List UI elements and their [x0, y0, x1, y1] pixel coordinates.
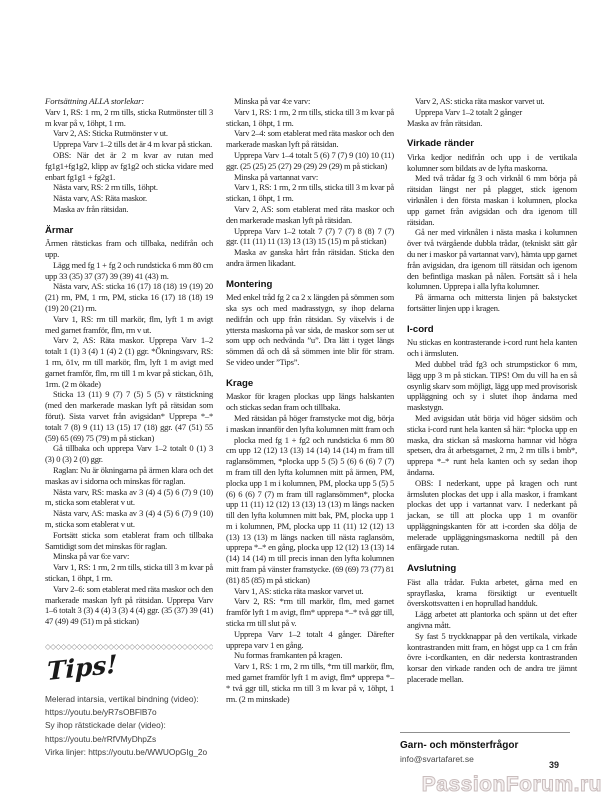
paragraph: Nästa varv, AS: sticka 16 (17) 18 (18) 1…	[45, 281, 213, 313]
paragraph: Nu formas framkanten på kragen.	[226, 650, 394, 661]
tips-line: Virka linjer: https://youtu.be/WWUOpGIg_…	[45, 746, 213, 759]
contact-heading: Garn- och mönsterfrågor	[400, 740, 570, 751]
watermark: PassionForum.ru	[422, 773, 602, 797]
section-heading: Virkade ränder	[407, 138, 577, 149]
paragraph: Varv 2–6: som etablerat med räta maskor …	[45, 584, 213, 627]
paragraph: Nästa varv, AS: Räta maskor.	[45, 193, 213, 204]
section-heading: I-cord	[407, 324, 577, 335]
paragraph: Lägg arbetet att plantorka och spänn ut …	[407, 609, 577, 631]
paragraph: Raglan: Nu är ökningarna på ärmen klara …	[45, 465, 213, 487]
paragraph: Nu stickas en kontrasterande i-cord runt…	[407, 337, 577, 359]
paragraph: På ärmarna och mittersta linjen på bakst…	[407, 292, 577, 314]
paragraph: Varv 2–4: som etablerat med räta maskor …	[226, 128, 394, 150]
paragraph: Upprepa Varv 1–2 totalt 2 gånger	[407, 107, 577, 118]
paragraph: Fortsätt sticka som etablerat fram och t…	[45, 530, 213, 552]
paragraph: Varv 1, RS: rm till markör, flm, lyft 1 …	[45, 314, 213, 336]
paragraph: Varv 2, RS: *rm till markör, flm, med ga…	[226, 596, 394, 628]
column-1: Fortsättning ALLA storlekar:Varv 1, RS: …	[45, 96, 213, 759]
paragraph: Minska på var 4:e varv:	[226, 96, 394, 107]
paragraph: Maska av från rätsidan.	[45, 204, 213, 215]
paragraph: Med dubbel tråd fg3 och strumpstickor 6 …	[407, 359, 577, 413]
magazine-page: { "page": { "number": "39", "watermark":…	[0, 0, 604, 800]
paragraph: Med rätsidan på höger framstycke mot dig…	[226, 413, 394, 435]
paragraph: Med enkel tråd fg 2 ca 2 x längden på sö…	[226, 292, 394, 368]
lead-paragraph: Fortsättning ALLA storlekar:	[45, 96, 213, 107]
paragraph: Gå ner med virknålen i nästa maska i kol…	[407, 227, 577, 292]
paragraph: Med två trådar fg 3 och virknål 6 mm bör…	[407, 173, 577, 227]
paragraph: plocka med fg 1 + fg2 och rundsticka 6 m…	[226, 435, 394, 586]
tips-line: Sy ihop rätstickade delar (video):	[45, 719, 213, 732]
tips-line: Melerad intarsia, vertikal bindning (vid…	[45, 693, 213, 706]
paragraph: Lägg med fg 1 + fg 2 och rundsticka 6 mm…	[45, 260, 213, 282]
paragraph: Upprepa Varv 1–2 totalt 4 gånger. Däreft…	[226, 629, 394, 651]
paragraph: Nästa varv, RS: 2 rm tills, 1öhpt.	[45, 182, 213, 193]
section-heading: Avslutning	[407, 563, 577, 574]
paragraph: Maskor för kragen plockas upp längs hals…	[226, 391, 394, 413]
paragraph: Maska av ganska hårt från rätsidan. Stic…	[226, 247, 394, 269]
paragraph: Varv 1, RS: 1 rm, 2 rm tills, sticka til…	[226, 182, 394, 204]
paragraph: Ärmen rätstickas fram och tillbaka, nedi…	[45, 238, 213, 260]
column-2: Minska på var 4:e varv:Varv 1, RS: 1 rm,…	[226, 96, 394, 759]
contact-email: info@svartafaret.se	[400, 754, 570, 764]
paragraph: Nästa varv, RS: maska av 3 (4) 4 (5) 6 (…	[45, 487, 213, 509]
paragraph: Nästa varv, AS: maska av 3 (4) 4 (5) 6 (…	[45, 508, 213, 530]
section-heading: Krage	[226, 378, 394, 389]
tips-line: https://youtu.be/rRfVMyDhpZs	[45, 733, 213, 746]
paragraph: OBS: När det är 2 m kvar av rutan med fg…	[45, 150, 213, 182]
paragraph: Minska på vartannat varv:	[226, 172, 394, 183]
paragraph: Sticka 13 (11) 9 (7) 7 (5) 5 (5) v rätst…	[45, 389, 213, 443]
paragraph: Varv 1, RS: 1 rm, 2 rm tills, sticka til…	[45, 562, 213, 584]
paragraph: Varv 2, AS: Sticka Rutmönster v ut.	[45, 128, 213, 139]
paragraph: Virka kedjor nedifrån och upp i de verti…	[407, 152, 577, 174]
paragraph: OBS: I nederkant, uppe på kragen och run…	[407, 478, 577, 554]
paragraph: Sy fast 5 tryckknappar på den vertikala,…	[407, 631, 577, 685]
paragraph: Varv 1, RS: 1 rm, 2 rm tills, *rm till m…	[226, 661, 394, 704]
column-3: Varv 2, AS: sticka räta maskor varvet ut…	[407, 96, 577, 759]
paragraph: Varv 2, AS: som etablerat med räta masko…	[226, 204, 394, 226]
section-heading: Ärmar	[45, 225, 213, 236]
contact-footer: Garn- och mönsterfrågor info@svartafaret…	[400, 732, 570, 764]
paragraph: Varv 2, AS: Räta maskor. Upprepa Varv 1–…	[45, 335, 213, 389]
paragraph: Med avigsidan utåt börja vid höger sidsö…	[407, 413, 577, 478]
paragraph: Varv 2, AS: sticka räta maskor varvet ut…	[407, 96, 577, 107]
paragraph: Gå tillbaka och upprepa Varv 1–2 totalt …	[45, 443, 213, 465]
paragraph: Varv 1, RS: 1 rm, 2 rm tills, sticka Rut…	[45, 107, 213, 129]
paragraph: Upprepa Varv 1–2 tills det är 4 m kvar p…	[45, 139, 213, 150]
paragraph: Varv 1, AS: sticka räta maskor varvet ut…	[226, 586, 394, 597]
section-heading: Montering	[226, 279, 394, 290]
tips-line: https://youtu.be/yR7sOBFlB7o	[45, 706, 213, 719]
tips-script-title: Tips!	[47, 651, 117, 685]
diamond-chain-divider: ◇◇◇◇◇◇◇◇◇◇◇◇◇◇◇◇◇◇◇◇◇◇◇◇◇◇◇◇◇◇◇◇◇◇◇◇◇◇◇◇	[45, 643, 213, 651]
text-columns: Fortsättning ALLA storlekar:Varv 1, RS: …	[45, 96, 577, 759]
paragraph: Upprepa Varv 1–2 totalt 7 (7) 7 (7) 8 (8…	[226, 226, 394, 248]
page-number: 39	[549, 760, 559, 770]
paragraph: Varv 1, RS: 1 rm, 2 rm tills, sticka til…	[226, 107, 394, 129]
paragraph: Fäst alla trådar. Fukta arbetet, gärna m…	[407, 577, 577, 609]
paragraph: Maska av från rätsidan.	[407, 118, 577, 129]
paragraph: Upprepa Varv 1–4 totalt 5 (6) 7 (7) 9 (1…	[226, 150, 394, 172]
paragraph: Minska på var 6:e varv:	[45, 551, 213, 562]
